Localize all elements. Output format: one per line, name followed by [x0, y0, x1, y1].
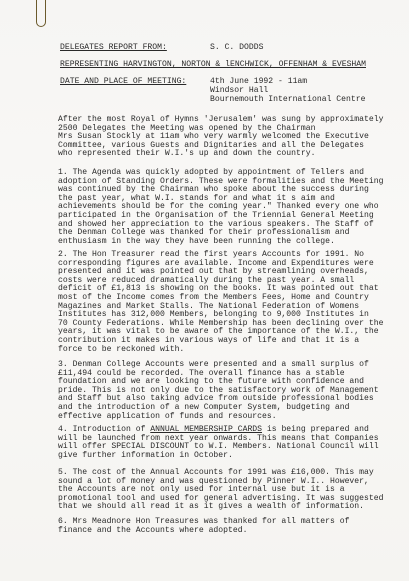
text-line: that we should all read it as it gives a… — [58, 503, 383, 512]
text-span: is being prepared and — [262, 425, 369, 434]
intro-paragraph: After the most Royal of Hymns 'Jerusalem… — [58, 116, 383, 159]
text-line: effective application of funds and resou… — [58, 413, 379, 422]
text-line: enthusiasm in the way they have been run… — [58, 238, 383, 247]
text-line: force to be reckoned with. — [58, 346, 383, 355]
venue-line1: Windsor Hall — [210, 86, 268, 95]
text-line: give further information in October. — [58, 452, 379, 461]
item5-paragraph: 5. The cost of the Annual Accounts for 1… — [58, 469, 383, 512]
item3-paragraph: 3. Denman College Accounts were presente… — [58, 361, 379, 421]
item6-paragraph: 6. Mrs Meadnore Hon Treasures was thanke… — [58, 518, 349, 535]
text-line: who represented their W.I.'s up and down… — [58, 150, 383, 159]
delegate-name: S. C. DODDS — [210, 43, 263, 52]
item2-paragraph: 2. The Hon Treasurer read the first year… — [58, 251, 383, 354]
item4-paragraph: 4. Introduction of ANNUAL MEMBERSHIP CAR… — [58, 426, 379, 460]
meeting-date: 4th June 1992 - 11am — [210, 77, 307, 86]
document-page: DELEGATES REPORT FROM: S. C. DODDS REPRE… — [0, 0, 409, 581]
date-label: DATE AND PLACE OF MEETING: — [60, 77, 186, 86]
representing-line: REPRESENTING HARVINGTON, NORTON & lENCHW… — [60, 60, 366, 69]
text-line: finance and the Accounts where adopted. — [58, 527, 349, 536]
venue-line2: Bournemouth International Centre — [210, 95, 365, 104]
item1-paragraph: 1. The Agenda was quickly adopted by app… — [58, 169, 383, 246]
membership-cards-text: ANNUAL MEMBERSHIP CARDS — [150, 425, 262, 434]
text-span: 4. Introduction of — [58, 425, 150, 434]
paperclip-icon — [36, 0, 46, 27]
delegates-label: DELEGATES REPORT FROM: — [60, 43, 167, 52]
